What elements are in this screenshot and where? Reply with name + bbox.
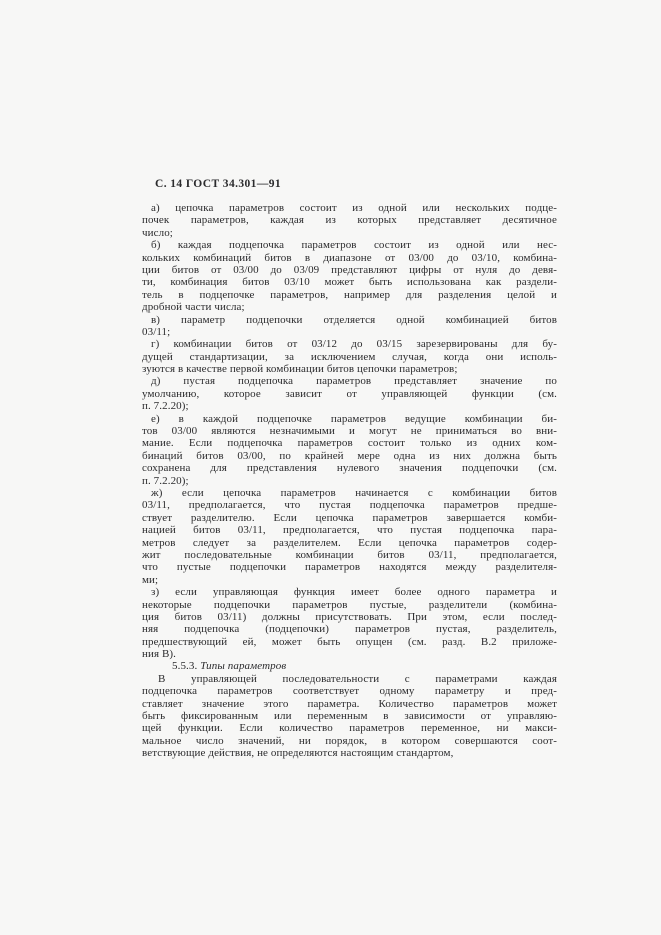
text-line: мание. Если подцепочка параметров состои… — [142, 437, 557, 449]
text-line: метров следует за разделителем. Если цеп… — [142, 537, 557, 549]
text-line: некоторые подцепочки параметров пустые, … — [142, 599, 557, 611]
text-line: няя подцепочка (подцепочки) параметров п… — [142, 623, 557, 635]
text-line: быть фиксированным или переменным в зави… — [142, 710, 557, 722]
text-line: В управляющей последовательности с парам… — [142, 673, 557, 685]
text-line: ветствующие действия, не определяются на… — [142, 747, 557, 759]
text-line: зуются в качестве первой комбинации бито… — [142, 363, 557, 375]
text-line: тов 03/00 являются незначимыми и могут н… — [142, 425, 557, 437]
text-line: мальное число значений, ни порядок, в ко… — [142, 735, 557, 747]
text-line: д) пустая подцепочка параметров представ… — [142, 375, 557, 387]
text-line: подцепочка параметров соответствует одно… — [142, 685, 557, 697]
text-line: почек параметров, каждая из которых пред… — [142, 214, 557, 226]
text-line: ния В). — [142, 648, 557, 660]
text-line: б) каждая подцепочка параметров состоит … — [142, 239, 557, 251]
text-line: число; — [142, 227, 557, 239]
document-page: С. 14 ГОСТ 34.301—91 а) цепочка параметр… — [0, 0, 661, 935]
text-line: е) в каждой подцепочке параметров ведущи… — [142, 413, 557, 425]
section-title: Типы параметров — [200, 660, 286, 672]
text-line: предшествующий ей, может быть опущен (см… — [142, 636, 557, 648]
page-text: а) цепочка параметров состоит из одной и… — [142, 202, 557, 760]
text-line: 03/11; — [142, 326, 557, 338]
text-line: 03/11, предполагается, что пустая подцеп… — [142, 499, 557, 511]
page-header: С. 14 ГОСТ 34.301—91 — [155, 178, 557, 191]
text-line: ж) если цепочка параметров начинается с … — [142, 487, 557, 499]
text-line: п. 7.2.20); — [142, 400, 557, 412]
text-line: в) параметр подцепочки отделяется одной … — [142, 314, 557, 326]
text-line: сохранена для представления нулевого зна… — [142, 462, 557, 474]
text-line: п. 7.2.20); — [142, 475, 557, 487]
text-line: жит последовательные комбинации битов 03… — [142, 549, 557, 561]
text-line: ти, комбинация битов 03/10 может быть ис… — [142, 276, 557, 288]
text-line: бинаций битов 03/00, по крайней мере одн… — [142, 450, 557, 462]
text-line: дробной части числа; — [142, 301, 557, 313]
text-line: ция битов 03/11) должны присутствовать. … — [142, 611, 557, 623]
text-column: С. 14 ГОСТ 34.301—91 а) цепочка параметр… — [142, 178, 557, 760]
text-line: тель в подцепочке параметров, например д… — [142, 289, 557, 301]
text-line: щей функции. Если количество параметров … — [142, 722, 557, 734]
text-line: 5.5.3. Типы параметров — [142, 660, 557, 672]
text-line: что пустые подцепочки параметров находят… — [142, 561, 557, 573]
text-line: нацией битов 03/11, предполагается, что … — [142, 524, 557, 536]
text-line: ставляет значение этого параметра. Колич… — [142, 698, 557, 710]
text-line: дущей стандартизации, за исключением слу… — [142, 351, 557, 363]
text-line: а) цепочка параметров состоит из одной и… — [142, 202, 557, 214]
text-line: г) комбинации битов от 03/12 до 03/15 за… — [142, 338, 557, 350]
text-line: ции битов от 03/00 до 03/09 представляют… — [142, 264, 557, 276]
text-line: ми; — [142, 574, 557, 586]
text-line: умолчанию, которое зависит от управляюще… — [142, 388, 557, 400]
text-line: ствует разделителю. Если цепочка парамет… — [142, 512, 557, 524]
text-line: з) если управляющая функция имеет более … — [142, 586, 557, 598]
section-number: 5.5.3. — [172, 660, 200, 672]
text-line: кольких комбинаций битов в диапазоне от … — [142, 252, 557, 264]
